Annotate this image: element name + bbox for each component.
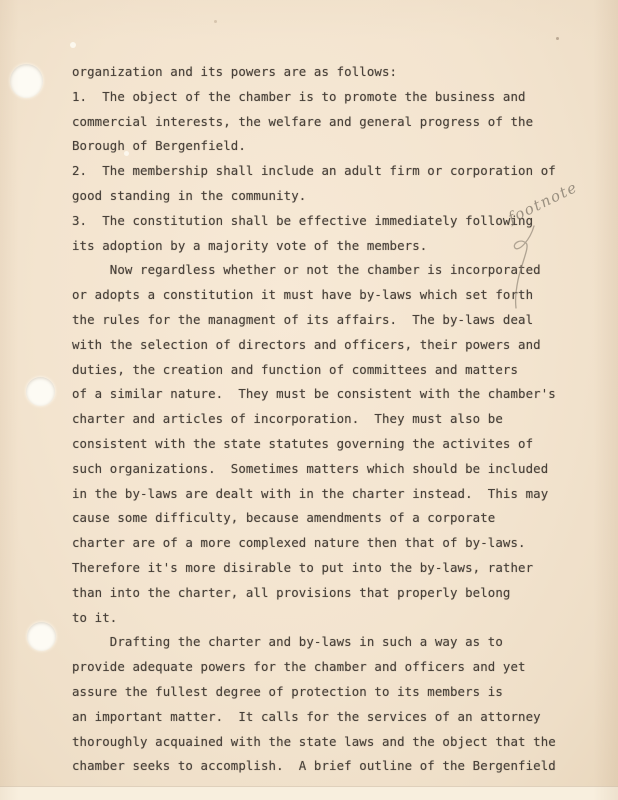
typewritten-body-text: organization and its powers are as follo… bbox=[72, 60, 556, 779]
paper-speck bbox=[70, 42, 76, 48]
punch-hole-middle bbox=[26, 377, 55, 406]
scanned-page: organization and its powers are as follo… bbox=[0, 0, 618, 800]
paper-speck bbox=[214, 20, 217, 23]
paper-speck bbox=[556, 37, 559, 40]
page-bottom-edge bbox=[0, 786, 618, 800]
pencil-stroke bbox=[498, 212, 568, 322]
punch-hole-bottom bbox=[27, 622, 56, 651]
punch-hole-top bbox=[10, 64, 43, 98]
